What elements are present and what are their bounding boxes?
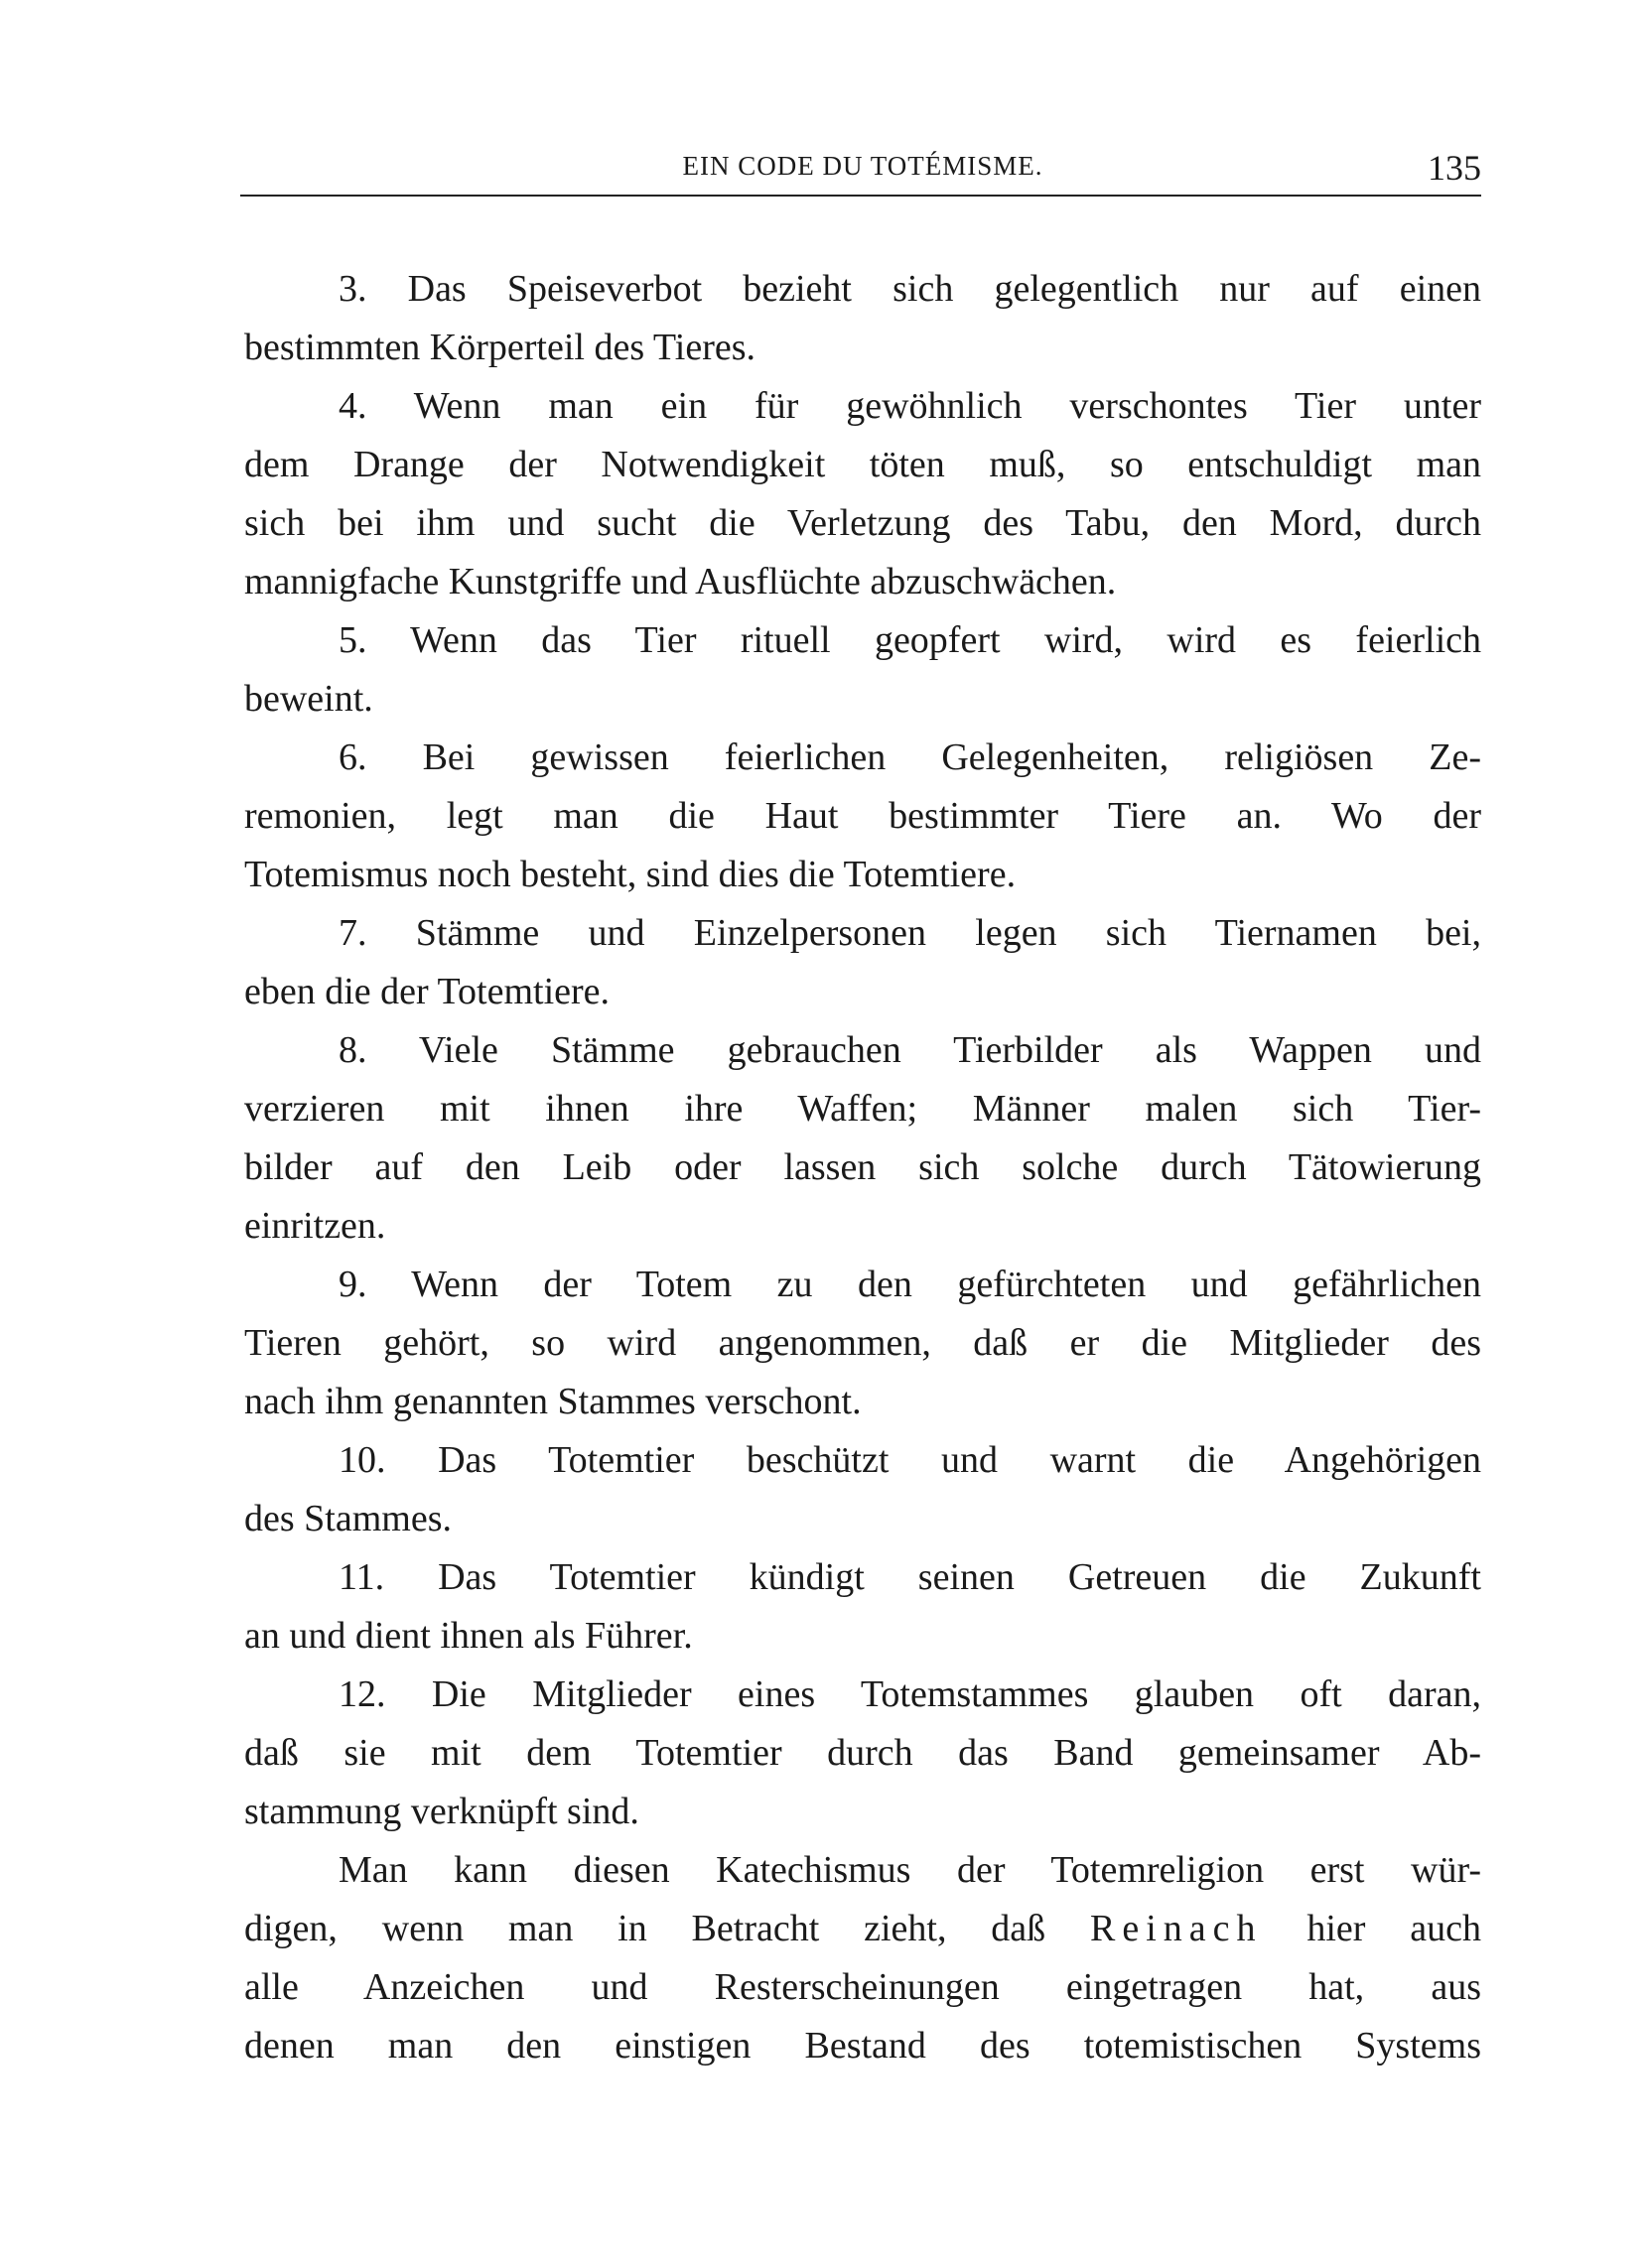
author-name-reinach: Reinach	[1090, 1908, 1263, 1949]
text-line: 11. Das Totemtier kündigt seinen Getreue…	[244, 1548, 1481, 1607]
text-line: beweint.	[244, 670, 1481, 729]
text-run: hier auch	[1263, 1908, 1481, 1949]
text-line: dem Drange der Notwendigkeit töten muß, …	[244, 436, 1481, 494]
text-line: eben die der Totemtiere.	[244, 963, 1481, 1021]
text-line: 6. Bei gewissen feierlichen Gelegenheite…	[244, 729, 1481, 787]
text-line: 8. Viele Stämme gebrauchen Tierbilder al…	[244, 1021, 1481, 1080]
text-line: digen, wenn man in Betracht zieht, daß R…	[244, 1900, 1481, 1958]
text-line: des Stammes.	[244, 1490, 1481, 1548]
text-line: 3. Das Speiseverbot bezieht sich gelegen…	[244, 260, 1481, 319]
text-line: mannigfache Kunstgriffe und Ausflüchte a…	[244, 553, 1481, 611]
text-line: denen man den einstigen Bestand des tote…	[244, 2017, 1481, 2075]
text-line: an und dient ihnen als Führer.	[244, 1607, 1481, 1666]
text-line: 12. Die Mitglieder eines Totemstammes gl…	[244, 1666, 1481, 1724]
text-line: Man kann diesen Katechismus der Totemrel…	[244, 1841, 1481, 1900]
text-line: bilder auf den Leib oder lassen sich sol…	[244, 1138, 1481, 1197]
text-line: remonien, legt man die Haut bestimmter T…	[244, 787, 1481, 846]
text-line: 10. Das Totemtier beschützt und warnt di…	[244, 1431, 1481, 1490]
list-item-5: 5. Wenn das Tier rituell geopfert wird, …	[244, 611, 1481, 729]
text-line: daß sie mit dem Totemtier durch das Band…	[244, 1724, 1481, 1783]
text-line: verzieren mit ihnen ihre Waffen; Männer …	[244, 1080, 1481, 1138]
text-line: 9. Wenn der Totem zu den gefürchteten un…	[244, 1256, 1481, 1314]
page-number: 135	[1428, 147, 1481, 189]
text-line: bestimmten Körperteil des Tieres.	[244, 319, 1481, 377]
running-head: EIN CODE DU TOTÉMISME. 135	[244, 147, 1481, 191]
list-item-6: 6. Bei gewissen feierlichen Gelegenheite…	[244, 729, 1481, 904]
running-title: EIN CODE DU TOTÉMISME.	[244, 151, 1481, 182]
list-item-10: 10. Das Totemtier beschützt und warnt di…	[244, 1431, 1481, 1548]
text-line: stammung verknüpft sind.	[244, 1783, 1481, 1841]
list-item-11: 11. Das Totemtier kündigt seinen Getreue…	[244, 1548, 1481, 1666]
list-item-4: 4. Wenn man ein für gewöhnlich verschont…	[244, 377, 1481, 611]
text-line: Totemismus noch besteht, sind dies die T…	[244, 846, 1481, 904]
header-rule	[240, 195, 1481, 197]
text-line: nach ihm genannten Stammes verschont.	[244, 1373, 1481, 1431]
text-run: digen, wenn man in Betracht zieht, daß	[244, 1908, 1090, 1949]
text-line: 5. Wenn das Tier rituell geopfert wird, …	[244, 611, 1481, 670]
text-line: Tieren gehört, so wird angenommen, daß e…	[244, 1314, 1481, 1373]
text-line: alle Anzeichen und Resterscheinungen ein…	[244, 1958, 1481, 2017]
list-item-12: 12. Die Mitglieder eines Totemstammes gl…	[244, 1666, 1481, 1841]
text-line: einritzen.	[244, 1197, 1481, 1256]
list-item-3: 3. Das Speiseverbot bezieht sich gelegen…	[244, 260, 1481, 377]
text-line: sich bei ihm und sucht die Verletzung de…	[244, 494, 1481, 553]
body-text: 3. Das Speiseverbot bezieht sich gelegen…	[244, 260, 1481, 2075]
list-item-9: 9. Wenn der Totem zu den gefürchteten un…	[244, 1256, 1481, 1431]
text-line: 7. Stämme und Einzelpersonen legen sich …	[244, 904, 1481, 963]
list-item-7: 7. Stämme und Einzelpersonen legen sich …	[244, 904, 1481, 1021]
text-line: 4. Wenn man ein für gewöhnlich verschont…	[244, 377, 1481, 436]
closing-paragraph: Man kann diesen Katechismus der Totemrel…	[244, 1841, 1481, 2075]
list-item-8: 8. Viele Stämme gebrauchen Tierbilder al…	[244, 1021, 1481, 1256]
